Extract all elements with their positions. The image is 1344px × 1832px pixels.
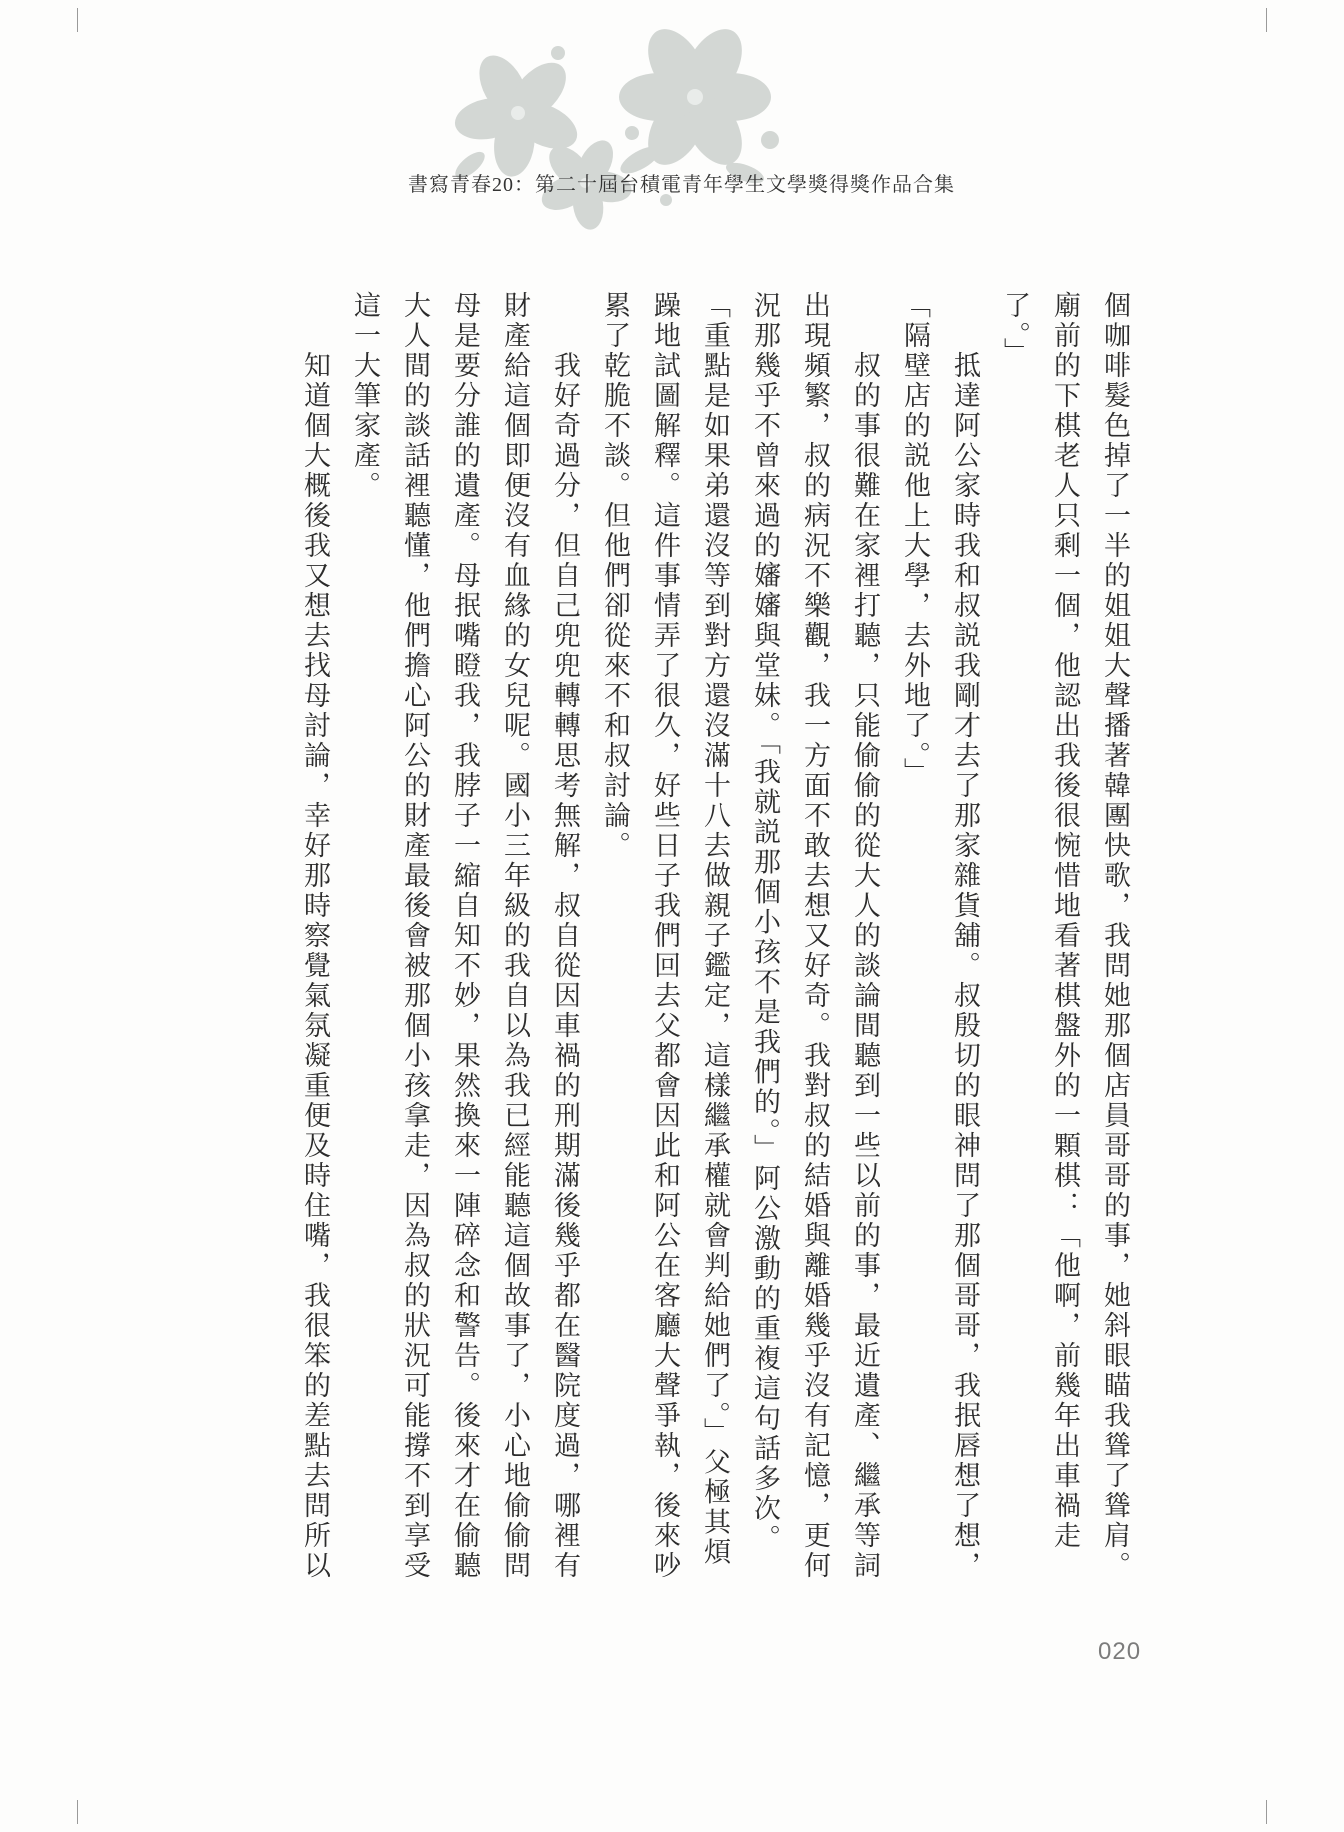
crop-mark-bottom-left: [77, 1800, 78, 1824]
crop-mark-top-left: [77, 8, 78, 32]
book-page: 書寫青春20：第二十屆台積電青年學生文學獎得獎作品合集 個咖啡髮色掉了一半的姐姐…: [0, 0, 1344, 1832]
floral-decoration: [440, 25, 820, 235]
story-paragraph: 個咖啡髮色掉了一半的姐姐大聲播著韓團快歌，我問她那個店員哥哥的事，她斜眼瞄我聳了…: [990, 291, 1140, 1583]
running-head-title: 書寫青春20：第二十屆台積電青年學生文學獎得獎作品合集: [408, 168, 955, 197]
story-paragraph: 抵達阿公家時我和叔説我剛才去了那家雜貨舖。叔殷切的眼神問了那個哥哥，我抿唇想了想…: [890, 291, 990, 1583]
story-paragraph: 叔的事很難在家裡打聽，只能偷偷的從大人的談論間聽到一些以前的事，最近遺產、繼承等…: [590, 291, 890, 1583]
story-text-block: 個咖啡髮色掉了一半的姐姐大聲播著韓團快歌，我問她那個店員哥哥的事，她斜眼瞄我聳了…: [288, 291, 1140, 1583]
story-paragraph: 我好奇過分，但自己兜兜轉轉思考無解，叔自從因車禍的刑期滿後幾乎都在醫院度過，哪裡…: [340, 291, 590, 1583]
crop-mark-bottom-right: [1266, 1800, 1267, 1824]
page-number: 020: [1098, 1638, 1141, 1666]
story-paragraph: 知道個大概後我又想去找母討論，幸好那時察覺氣氛凝重便及時住嘴，我很笨的差點去問所…: [290, 291, 340, 1583]
crop-mark-top-right: [1266, 8, 1267, 32]
